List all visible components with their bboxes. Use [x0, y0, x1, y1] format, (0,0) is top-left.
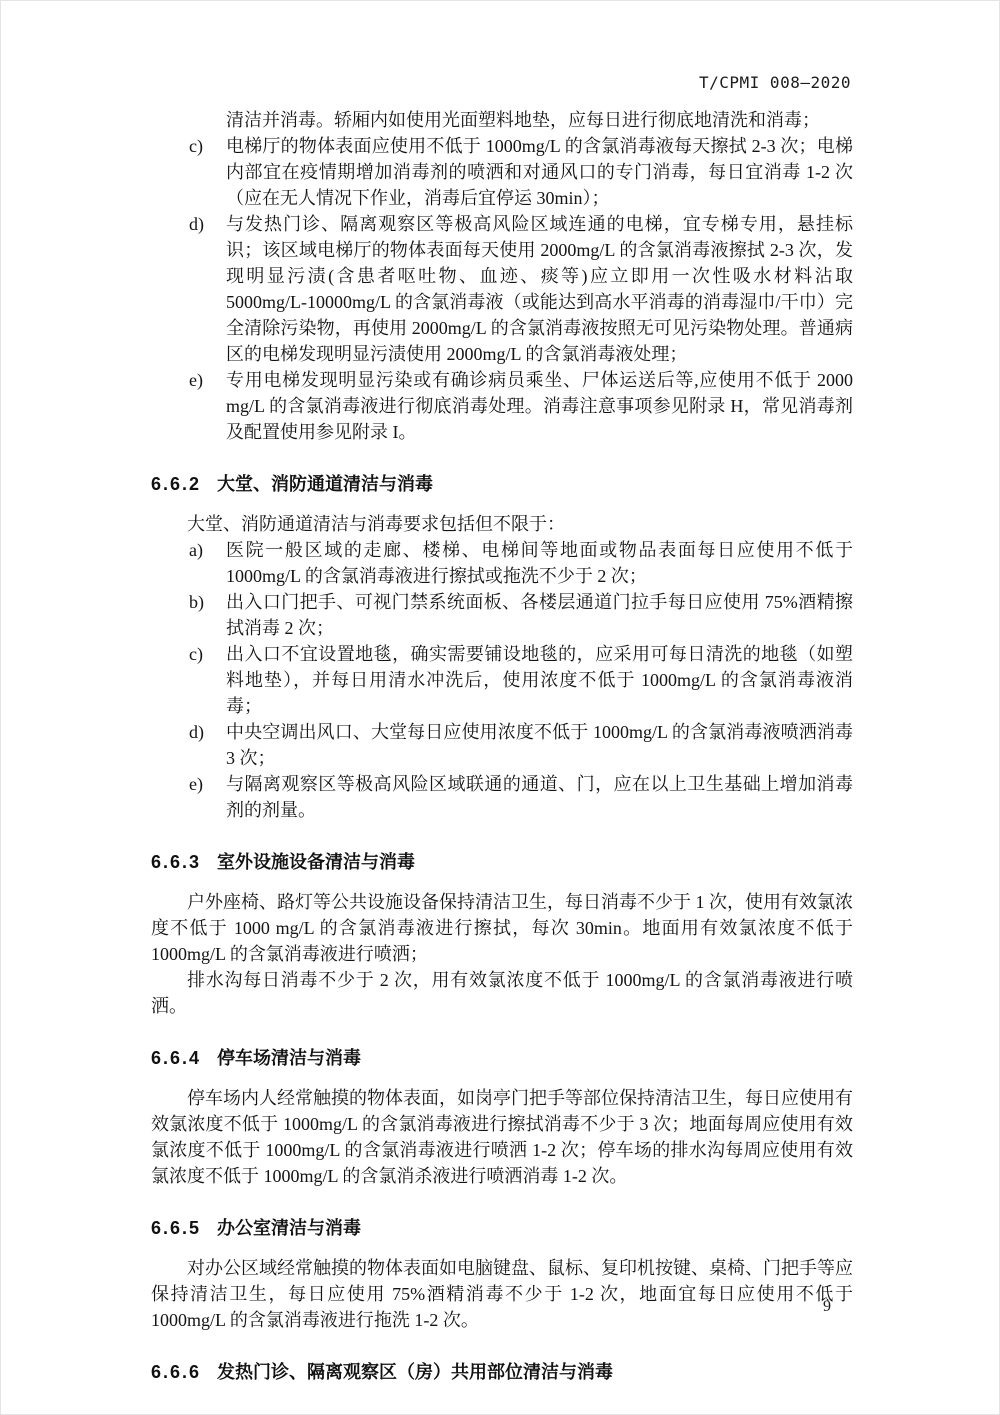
- list-item-text: 与隔离观察区等极高风险区域联通的通道、门，应在以上卫生基础上增加消毒剂的剂量。: [226, 771, 853, 823]
- document-page: T/CPMI 008—2020 清洁并消毒。轿厢内如使用光面塑料地垫，应每日进行…: [0, 0, 1000, 1415]
- list-item: c) 出入口不宜设置地毯，确实需要铺设地毯的，应采用可每日清洗的地毯（如塑料地垫…: [151, 641, 853, 719]
- section-number: 6.6.5: [151, 1215, 201, 1241]
- list-item-marker: b): [189, 589, 226, 641]
- section-title: 大堂、消防通道清洁与消毒: [217, 471, 433, 497]
- paragraph: 排水沟每日消毒不少于 2 次，用有效氯浓度不低于 1000mg/L 的含氯消毒液…: [151, 967, 853, 1019]
- list-item-text: 出入口不宜设置地毯，确实需要铺设地毯的，应采用可每日清洗的地毯（如塑料地垫），并…: [226, 641, 853, 719]
- list-item-text: 中央空调出风口、大堂每日应使用浓度不低于 1000mg/L 的含氯消毒液喷洒消毒…: [226, 719, 853, 771]
- document-code: T/CPMI 008—2020: [699, 73, 851, 92]
- section-heading-6-6-4: 6.6.4 停车场清洁与消毒: [151, 1045, 853, 1071]
- list-item: e) 与隔离观察区等极高风险区域联通的通道、门，应在以上卫生基础上增加消毒剂的剂…: [151, 771, 853, 823]
- list-item: a) 医院一般区域的走廊、楼梯、电梯间等地面或物品表面每日应使用不低于 1000…: [151, 537, 853, 589]
- section-title: 室外设施设备清洁与消毒: [217, 849, 415, 875]
- section-number: 6.6.3: [151, 849, 201, 875]
- section-number: 6.6.2: [151, 471, 201, 497]
- list-item-marker: a): [189, 537, 226, 589]
- list-item-marker: c): [189, 641, 226, 719]
- paragraph-continuation: 清洁并消毒。轿厢内如使用光面塑料地垫，应每日进行彻底地清洗和消毒；: [151, 107, 853, 133]
- list-item-text: 出入口门把手、可视门禁系统面板、各楼层通道门拉手每日应使用 75%酒精擦拭消毒 …: [226, 589, 853, 641]
- page-content: 清洁并消毒。轿厢内如使用光面塑料地垫，应每日进行彻底地清洗和消毒； c) 电梯厅…: [151, 107, 853, 1399]
- paragraph: 停车场内人经常触摸的物体表面，如岗亭门把手等部位保持清洁卫生，每日应使用有效氯浓…: [151, 1085, 853, 1189]
- list-item: b) 出入口门把手、可视门禁系统面板、各楼层通道门拉手每日应使用 75%酒精擦拭…: [151, 589, 853, 641]
- paragraph: 户外座椅、路灯等公共设施设备保持清洁卫生，每日消毒不少于 1 次，使用有效氯浓度…: [151, 889, 853, 967]
- list-item-marker: e): [189, 771, 226, 823]
- list-item-text: 专用电梯发现明显污染或有确诊病员乘坐、尸体运送后等,应使用不低于 2000 mg…: [226, 367, 853, 445]
- list-item-text: 医院一般区域的走廊、楼梯、电梯间等地面或物品表面每日应使用不低于 1000mg/…: [226, 537, 853, 589]
- section-heading-6-6-3: 6.6.3 室外设施设备清洁与消毒: [151, 849, 853, 875]
- list-item-marker: e): [189, 367, 226, 445]
- list-item: e) 专用电梯发现明显污染或有确诊病员乘坐、尸体运送后等,应使用不低于 2000…: [151, 367, 853, 445]
- paragraph: 大堂、消防通道清洁与消毒要求包括但不限于：: [151, 511, 853, 537]
- section-number: 6.6.4: [151, 1045, 201, 1071]
- list-item-marker: d): [189, 211, 226, 367]
- section-heading-6-6-2: 6.6.2 大堂、消防通道清洁与消毒: [151, 471, 853, 497]
- section-heading-6-6-5: 6.6.5 办公室清洁与消毒: [151, 1215, 853, 1241]
- page-number: 9: [823, 1298, 831, 1316]
- section-title: 停车场清洁与消毒: [217, 1045, 361, 1071]
- paragraph: 对办公区域经常触摸的物体表面如电脑键盘、鼠标、复印机按键、桌椅、门把手等应保持清…: [151, 1255, 853, 1333]
- section-title: 发热门诊、隔离观察区（房）共用部位清洁与消毒: [217, 1359, 613, 1385]
- section-number: 6.6.6: [151, 1359, 201, 1385]
- list-item-text: 与发热门诊、隔离观察区等极高风险区域连通的电梯，宜专梯专用，悬挂标识；该区域电梯…: [226, 211, 853, 367]
- list-item-text: 电梯厅的物体表面应使用不低于 1000mg/L 的含氯消毒液每天擦拭 2-3 次…: [226, 133, 853, 211]
- list-item: c) 电梯厅的物体表面应使用不低于 1000mg/L 的含氯消毒液每天擦拭 2-…: [151, 133, 853, 211]
- list-item-marker: d): [189, 719, 226, 771]
- list-item-marker: c): [189, 133, 226, 211]
- section-title: 办公室清洁与消毒: [217, 1215, 361, 1241]
- section-heading-6-6-6: 6.6.6 发热门诊、隔离观察区（房）共用部位清洁与消毒: [151, 1359, 853, 1385]
- list-item: d) 与发热门诊、隔离观察区等极高风险区域连通的电梯，宜专梯专用，悬挂标识；该区…: [151, 211, 853, 367]
- list-item: d) 中央空调出风口、大堂每日应使用浓度不低于 1000mg/L 的含氯消毒液喷…: [151, 719, 853, 771]
